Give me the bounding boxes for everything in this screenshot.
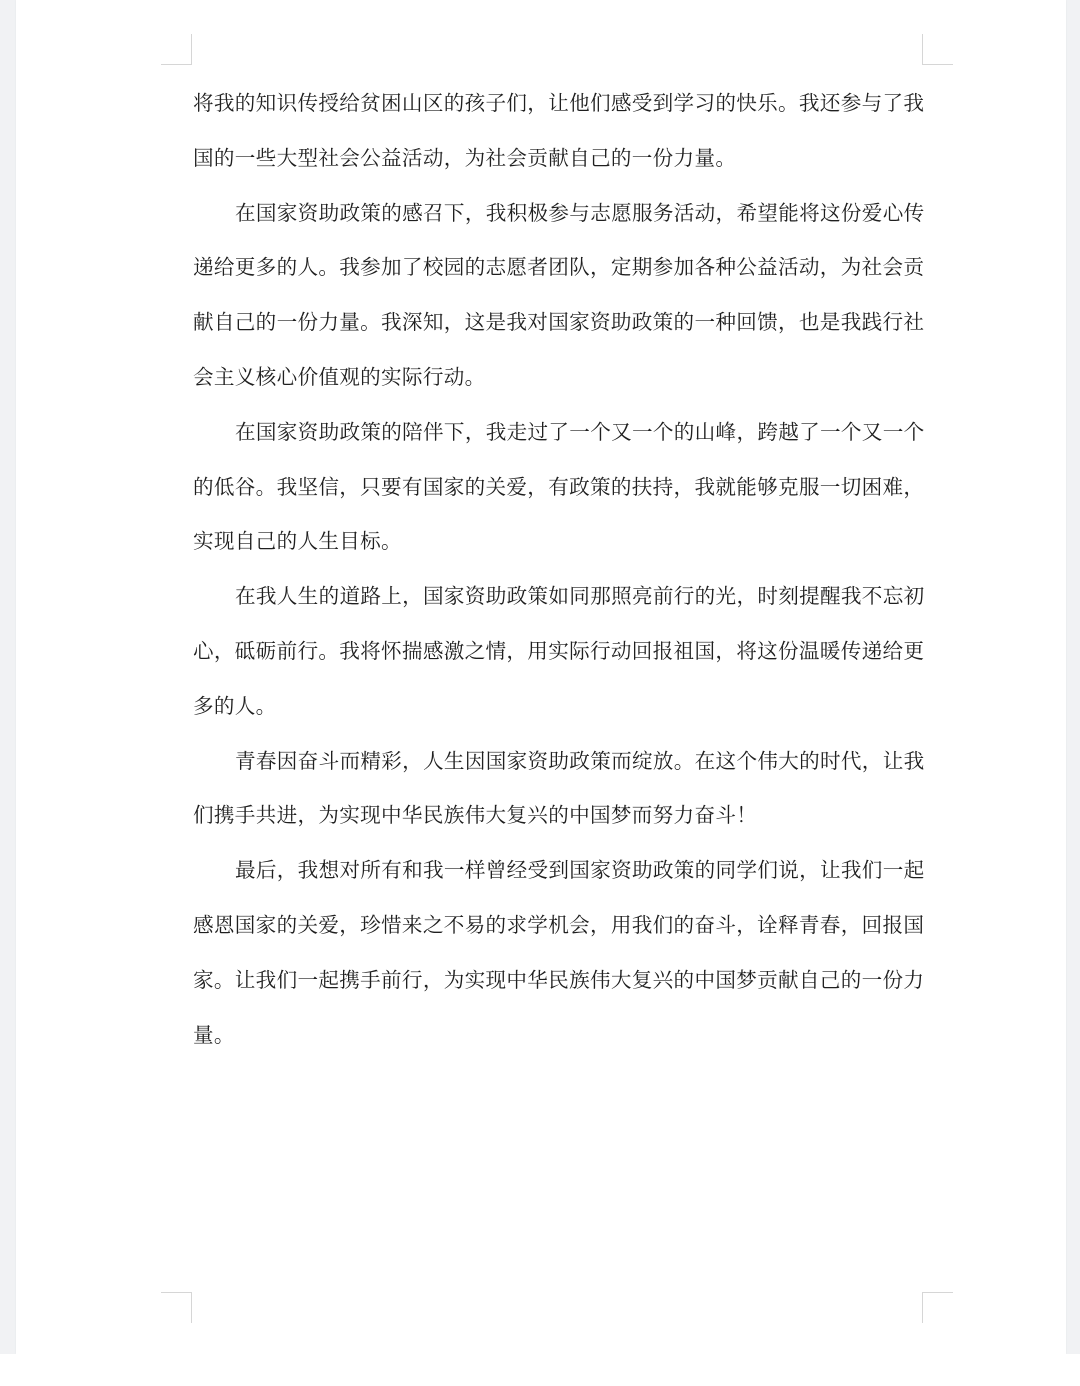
text-line: 多的人。 (193, 679, 925, 734)
crop-mark-top-right (922, 34, 953, 65)
text-line: 量。 (193, 1008, 925, 1063)
paragraph-5: 青春因奋斗而精彩，人生因国家资助政策而绽放。在这个伟大的时代，让我 们携手共进，… (193, 734, 925, 844)
text-line: 们携手共进，为实现中华民族伟大复兴的中国梦而努力奋斗！ (193, 788, 925, 843)
text-line: 在国家资助政策的陪伴下，我走过了一个又一个的山峰，跨越了一个又一个 (193, 405, 925, 460)
paragraph-4: 在我人生的道路上，国家资助政策如同那照亮前行的光，时刻提醒我不忘初 心，砥砺前行… (193, 569, 925, 733)
text-line: 献自己的一份力量。我深知，这是我对国家资助政策的一种回馈，也是我践行社 (193, 295, 925, 350)
text-line: 在国家资助政策的感召下，我积极参与志愿服务活动，希望能将这份爱心传 (193, 186, 925, 241)
text-line: 最后，我想对所有和我一样曾经受到国家资助政策的同学们说，让我们一起 (193, 843, 925, 898)
text-line: 的低谷。我坚信，只要有国家的关爱，有政策的扶持，我就能够克服一切困难， (193, 460, 925, 515)
crop-mark-bottom-right (922, 1292, 953, 1323)
text-line: 会主义核心价值观的实际行动。 (193, 350, 925, 405)
text-line: 心，砥砺前行。我将怀揣感激之情，用实际行动回报祖国，将这份温暖传递给更 (193, 624, 925, 679)
text-line: 感恩国家的关爱，珍惜来之不易的求学机会，用我们的奋斗，诠释青春，回报国 (193, 898, 925, 953)
document-body[interactable]: 将我的知识传授给贫困山区的孩子们，让他们感受到学习的快乐。我还参与了我 国的一些… (193, 76, 925, 1062)
text-line: 家。让我们一起携手前行，为实现中华民族伟大复兴的中国梦贡献自己的一份力 (193, 953, 925, 1008)
text-line: 国的一些大型社会公益活动，为社会贡献自己的一份力量。 (193, 131, 925, 186)
paragraph-6: 最后，我想对所有和我一样曾经受到国家资助政策的同学们说，让我们一起 感恩国家的关… (193, 843, 925, 1062)
bottom-margin (0, 1354, 1080, 1386)
paragraph-2: 在国家资助政策的感召下，我积极参与志愿服务活动，希望能将这份爱心传 递给更多的人… (193, 186, 925, 405)
crop-mark-top-left (161, 34, 192, 65)
text-line: 在我人生的道路上，国家资助政策如同那照亮前行的光，时刻提醒我不忘初 (193, 569, 925, 624)
document-page[interactable]: 将我的知识传授给贫困山区的孩子们，让他们感受到学习的快乐。我还参与了我 国的一些… (16, 0, 1066, 1354)
document-viewer[interactable]: 将我的知识传授给贫困山区的孩子们，让他们感受到学习的快乐。我还参与了我 国的一些… (0, 0, 1080, 1354)
text-line: 青春因奋斗而精彩，人生因国家资助政策而绽放。在这个伟大的时代，让我 (193, 734, 925, 789)
paragraph-1: 将我的知识传授给贫困山区的孩子们，让他们感受到学习的快乐。我还参与了我 国的一些… (193, 76, 925, 186)
paragraph-3: 在国家资助政策的陪伴下，我走过了一个又一个的山峰，跨越了一个又一个 的低谷。我坚… (193, 405, 925, 569)
crop-mark-bottom-left (161, 1292, 192, 1323)
text-line: 将我的知识传授给贫困山区的孩子们，让他们感受到学习的快乐。我还参与了我 (193, 76, 925, 131)
text-line: 递给更多的人。我参加了校园的志愿者团队，定期参加各种公益活动，为社会贡 (193, 240, 925, 295)
text-line: 实现自己的人生目标。 (193, 514, 925, 569)
